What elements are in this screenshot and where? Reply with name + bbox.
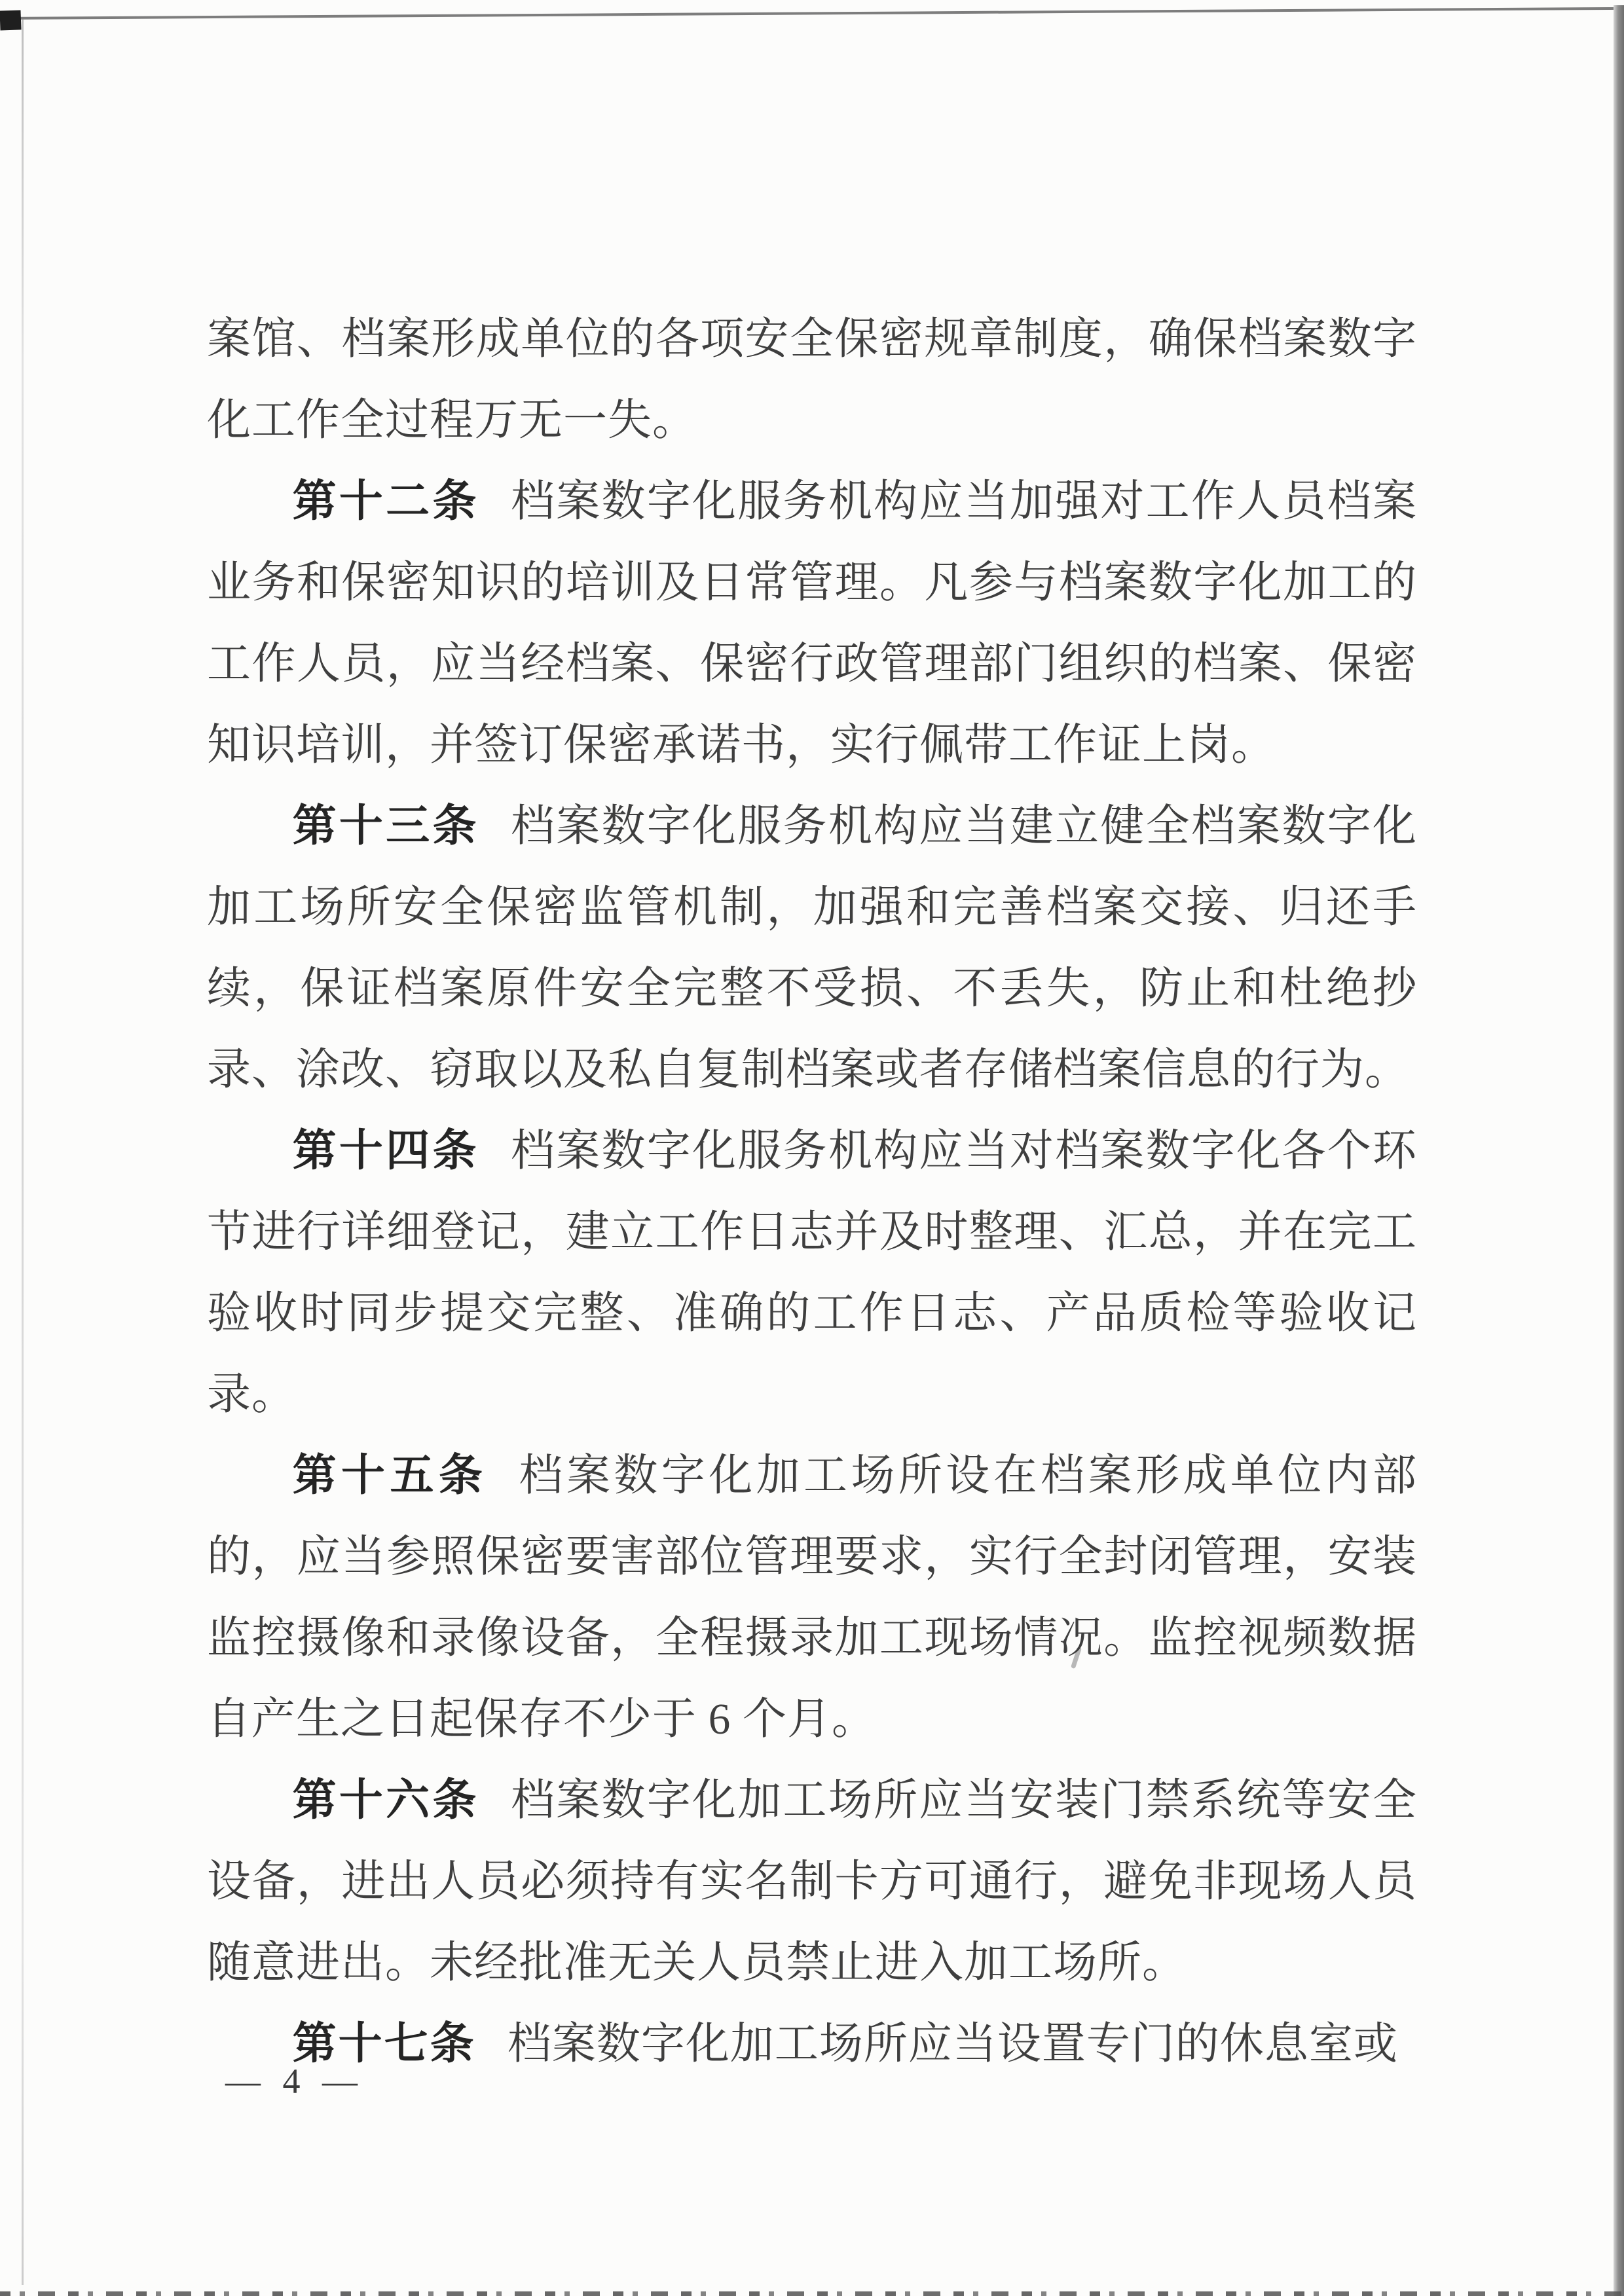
paragraph: 第十二条档案数字化服务机构应当加强对工作人员档案业务和保密知识的培训及日常管理。… bbox=[207, 461, 1417, 786]
scan-artifact-right-shadow bbox=[1614, 5, 1624, 2296]
body-text: 案馆、档案形成单位的各项安全保密规章制度，确保档案数字化工作全过程万无一失。第十… bbox=[207, 299, 1417, 2085]
paragraph: 第十七条档案数字化加工场所应当设置专门的休息室或 bbox=[207, 2003, 1417, 2085]
paragraph: 第十三条档案数字化服务机构应当建立健全档案数字化加工场所安全保密监管机制，加强和… bbox=[207, 786, 1417, 1110]
article-heading: 第十二条 bbox=[293, 477, 479, 526]
scan-artifact-corner-mark bbox=[0, 10, 22, 30]
paragraph: 第十四条档案数字化服务机构应当对档案数字化各个环节进行详细登记，建立工作日志并及… bbox=[207, 1110, 1417, 1435]
page-number: — 4 — bbox=[225, 2061, 364, 2102]
article-heading: 第十三条 bbox=[293, 802, 479, 850]
article-heading: 第十五条 bbox=[293, 1451, 488, 1500]
article-heading: 第十四条 bbox=[293, 1127, 479, 1175]
scan-artifact-left-fold-line bbox=[22, 20, 24, 2285]
paragraph: 案馆、档案形成单位的各项安全保密规章制度，确保档案数字化工作全过程万无一失。 bbox=[207, 299, 1417, 461]
article-heading: 第十六条 bbox=[293, 1776, 479, 1825]
paragraph-text: 档案数字化加工场所应当设置专门的休息室或 bbox=[507, 2020, 1398, 2068]
scan-artifact-bottom-perforation bbox=[0, 2291, 1624, 2296]
scanned-document-page: { "document": { "page_number_label": "— … bbox=[0, 0, 1624, 2296]
paragraph: 第十五条档案数字化加工场所设在档案形成单位内部的，应当参照保密要害部位管理要求，… bbox=[207, 1435, 1417, 1760]
paragraph-text: 案馆、档案形成单位的各项安全保密规章制度，确保档案数字化工作全过程万无一失。 bbox=[207, 315, 1417, 445]
scan-artifact-top-edge bbox=[0, 7, 1624, 20]
paragraph: 第十六条档案数字化加工场所应当安装门禁系统等安全设备，进出人员必须持有实名制卡方… bbox=[207, 1760, 1417, 2003]
